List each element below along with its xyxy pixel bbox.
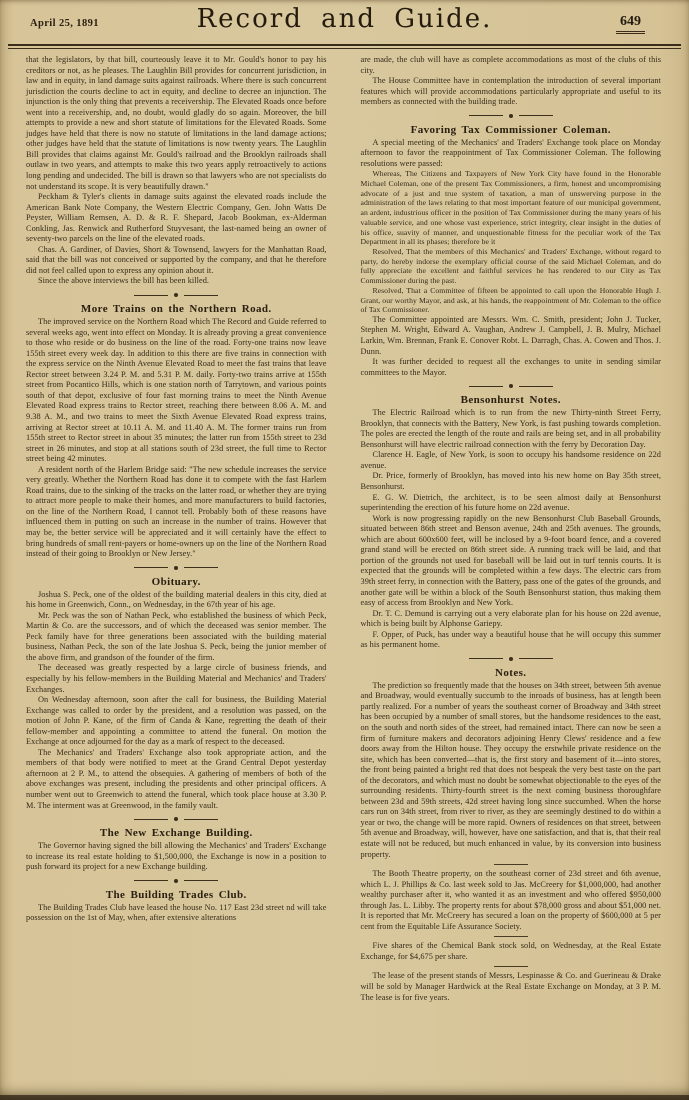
article-paragraph: E. G. W. Dietrich, the architect, is to … <box>361 493 662 514</box>
newspaper-page: April 25, 1891 Record and Guide. 649 tha… <box>0 0 689 1100</box>
section-divider <box>361 653 662 665</box>
section-divider <box>26 875 327 887</box>
article-heading: The New Exchange Building. <box>26 827 327 839</box>
article-paragraph: Whereas, The Citizens and Taxpayers of N… <box>361 169 662 247</box>
section-divider <box>361 110 662 122</box>
article-heading: Obituary. <box>26 576 327 588</box>
divider-dot-icon <box>509 384 513 388</box>
divider-bar <box>519 386 553 387</box>
divider-bar <box>184 880 218 881</box>
divider-dot-icon <box>174 293 178 297</box>
right-column: are made, the club will have as complete… <box>361 55 662 1003</box>
divider-bar <box>134 567 168 568</box>
article-paragraph: are made, the club will have as complete… <box>361 55 662 76</box>
article-paragraph: The Building Trades Club have leased the… <box>26 903 327 924</box>
article-paragraph: that the legislators, by that bill, cour… <box>26 55 327 192</box>
article-paragraph: The Mechanics' and Traders' Exchange als… <box>26 748 327 811</box>
article-paragraph: Clarence H. Eagle, of New York, is soon … <box>361 450 662 471</box>
divider-bar <box>519 115 553 116</box>
article-heading: Favoring Tax Commissioner Coleman. <box>361 124 662 136</box>
article-paragraph: The prediction so frequently made that t… <box>361 681 662 860</box>
article-paragraph: Dr. Price, formerly of Brooklyn, has mov… <box>361 471 662 492</box>
section-divider <box>26 289 327 301</box>
divider-bar <box>469 115 503 116</box>
article-paragraph: Joshua S. Peck, one of the oldest of the… <box>26 590 327 611</box>
paragraph-rule <box>494 936 528 937</box>
paragraph-rule <box>494 864 528 865</box>
masthead: April 25, 1891 Record and Guide. 649 <box>0 0 689 44</box>
section-divider <box>26 562 327 574</box>
section-divider <box>361 380 662 392</box>
paragraph-rule <box>494 966 528 967</box>
page-number: 649 <box>616 14 645 34</box>
article-paragraph: It was further decided to request all th… <box>361 357 662 378</box>
article-paragraph: Peckham & Tyler's clients in damage suit… <box>26 192 327 245</box>
column-layout: that the legislators, by that bill, cour… <box>0 49 689 1003</box>
divider-bar <box>519 658 553 659</box>
article-paragraph: Since the above interviews the bill has … <box>26 276 327 287</box>
article-paragraph: Work is now progressing rapidly on the n… <box>361 514 662 609</box>
article-paragraph: Chas. A. Gardiner, of Davies, Short & To… <box>26 245 327 277</box>
article-paragraph: A resident north of the Harlem Bridge sa… <box>26 465 327 560</box>
divider-bar <box>184 295 218 296</box>
article-heading: More Trains on the Northern Road. <box>26 303 327 315</box>
article-paragraph: On Wednesday afternoon, soon after the c… <box>26 695 327 748</box>
article-paragraph: The improved service on the Northern Roa… <box>26 317 327 465</box>
scan-edge-shadow <box>0 1095 689 1100</box>
article-paragraph: The Electric Railroad which is to run fr… <box>361 408 662 450</box>
publication-title: Record and Guide. <box>0 4 689 34</box>
divider-bar <box>184 819 218 820</box>
article-heading: Notes. <box>361 667 662 679</box>
divider-bar <box>469 658 503 659</box>
article-heading: The Building Trades Club. <box>26 889 327 901</box>
article-paragraph: Dr. T. C. Demund is carrying out a very … <box>361 609 662 630</box>
divider-bar <box>134 295 168 296</box>
article-paragraph: Five shares of the Chemical Bank stock s… <box>361 941 662 962</box>
article-paragraph: Resolved, That the members of this Mecha… <box>361 247 662 286</box>
article-paragraph: The Booth Theatre property, on the south… <box>361 869 662 932</box>
divider-bar <box>134 880 168 881</box>
article-paragraph: Resolved, That a Committee of fifteen be… <box>361 286 662 315</box>
article-paragraph: The Committee appointed are Messrs. Wm. … <box>361 315 662 357</box>
article-paragraph: The lease of the present stands of Messr… <box>361 971 662 1003</box>
article-paragraph: F. Opper, of Puck, has under way a beaut… <box>361 630 662 651</box>
divider-dot-icon <box>174 566 178 570</box>
divider-dot-icon <box>509 657 513 661</box>
article-paragraph: The deceased was greatly respected by a … <box>26 663 327 695</box>
article-heading: Bensonhurst Notes. <box>361 394 662 406</box>
article-paragraph: The House Committee have in contemplatio… <box>361 76 662 108</box>
divider-dot-icon <box>174 879 178 883</box>
article-paragraph: A special meeting of the Mechanics' and … <box>361 138 662 170</box>
section-divider <box>26 813 327 825</box>
divider-bar <box>469 386 503 387</box>
divider-dot-icon <box>174 817 178 821</box>
left-column: that the legislators, by that bill, cour… <box>26 55 327 1003</box>
article-paragraph: The Governor having signed the bill allo… <box>26 841 327 873</box>
divider-dot-icon <box>509 114 513 118</box>
divider-bar <box>134 819 168 820</box>
article-paragraph: Mr. Peck was the son of Nathan Peck, who… <box>26 611 327 664</box>
divider-bar <box>184 567 218 568</box>
